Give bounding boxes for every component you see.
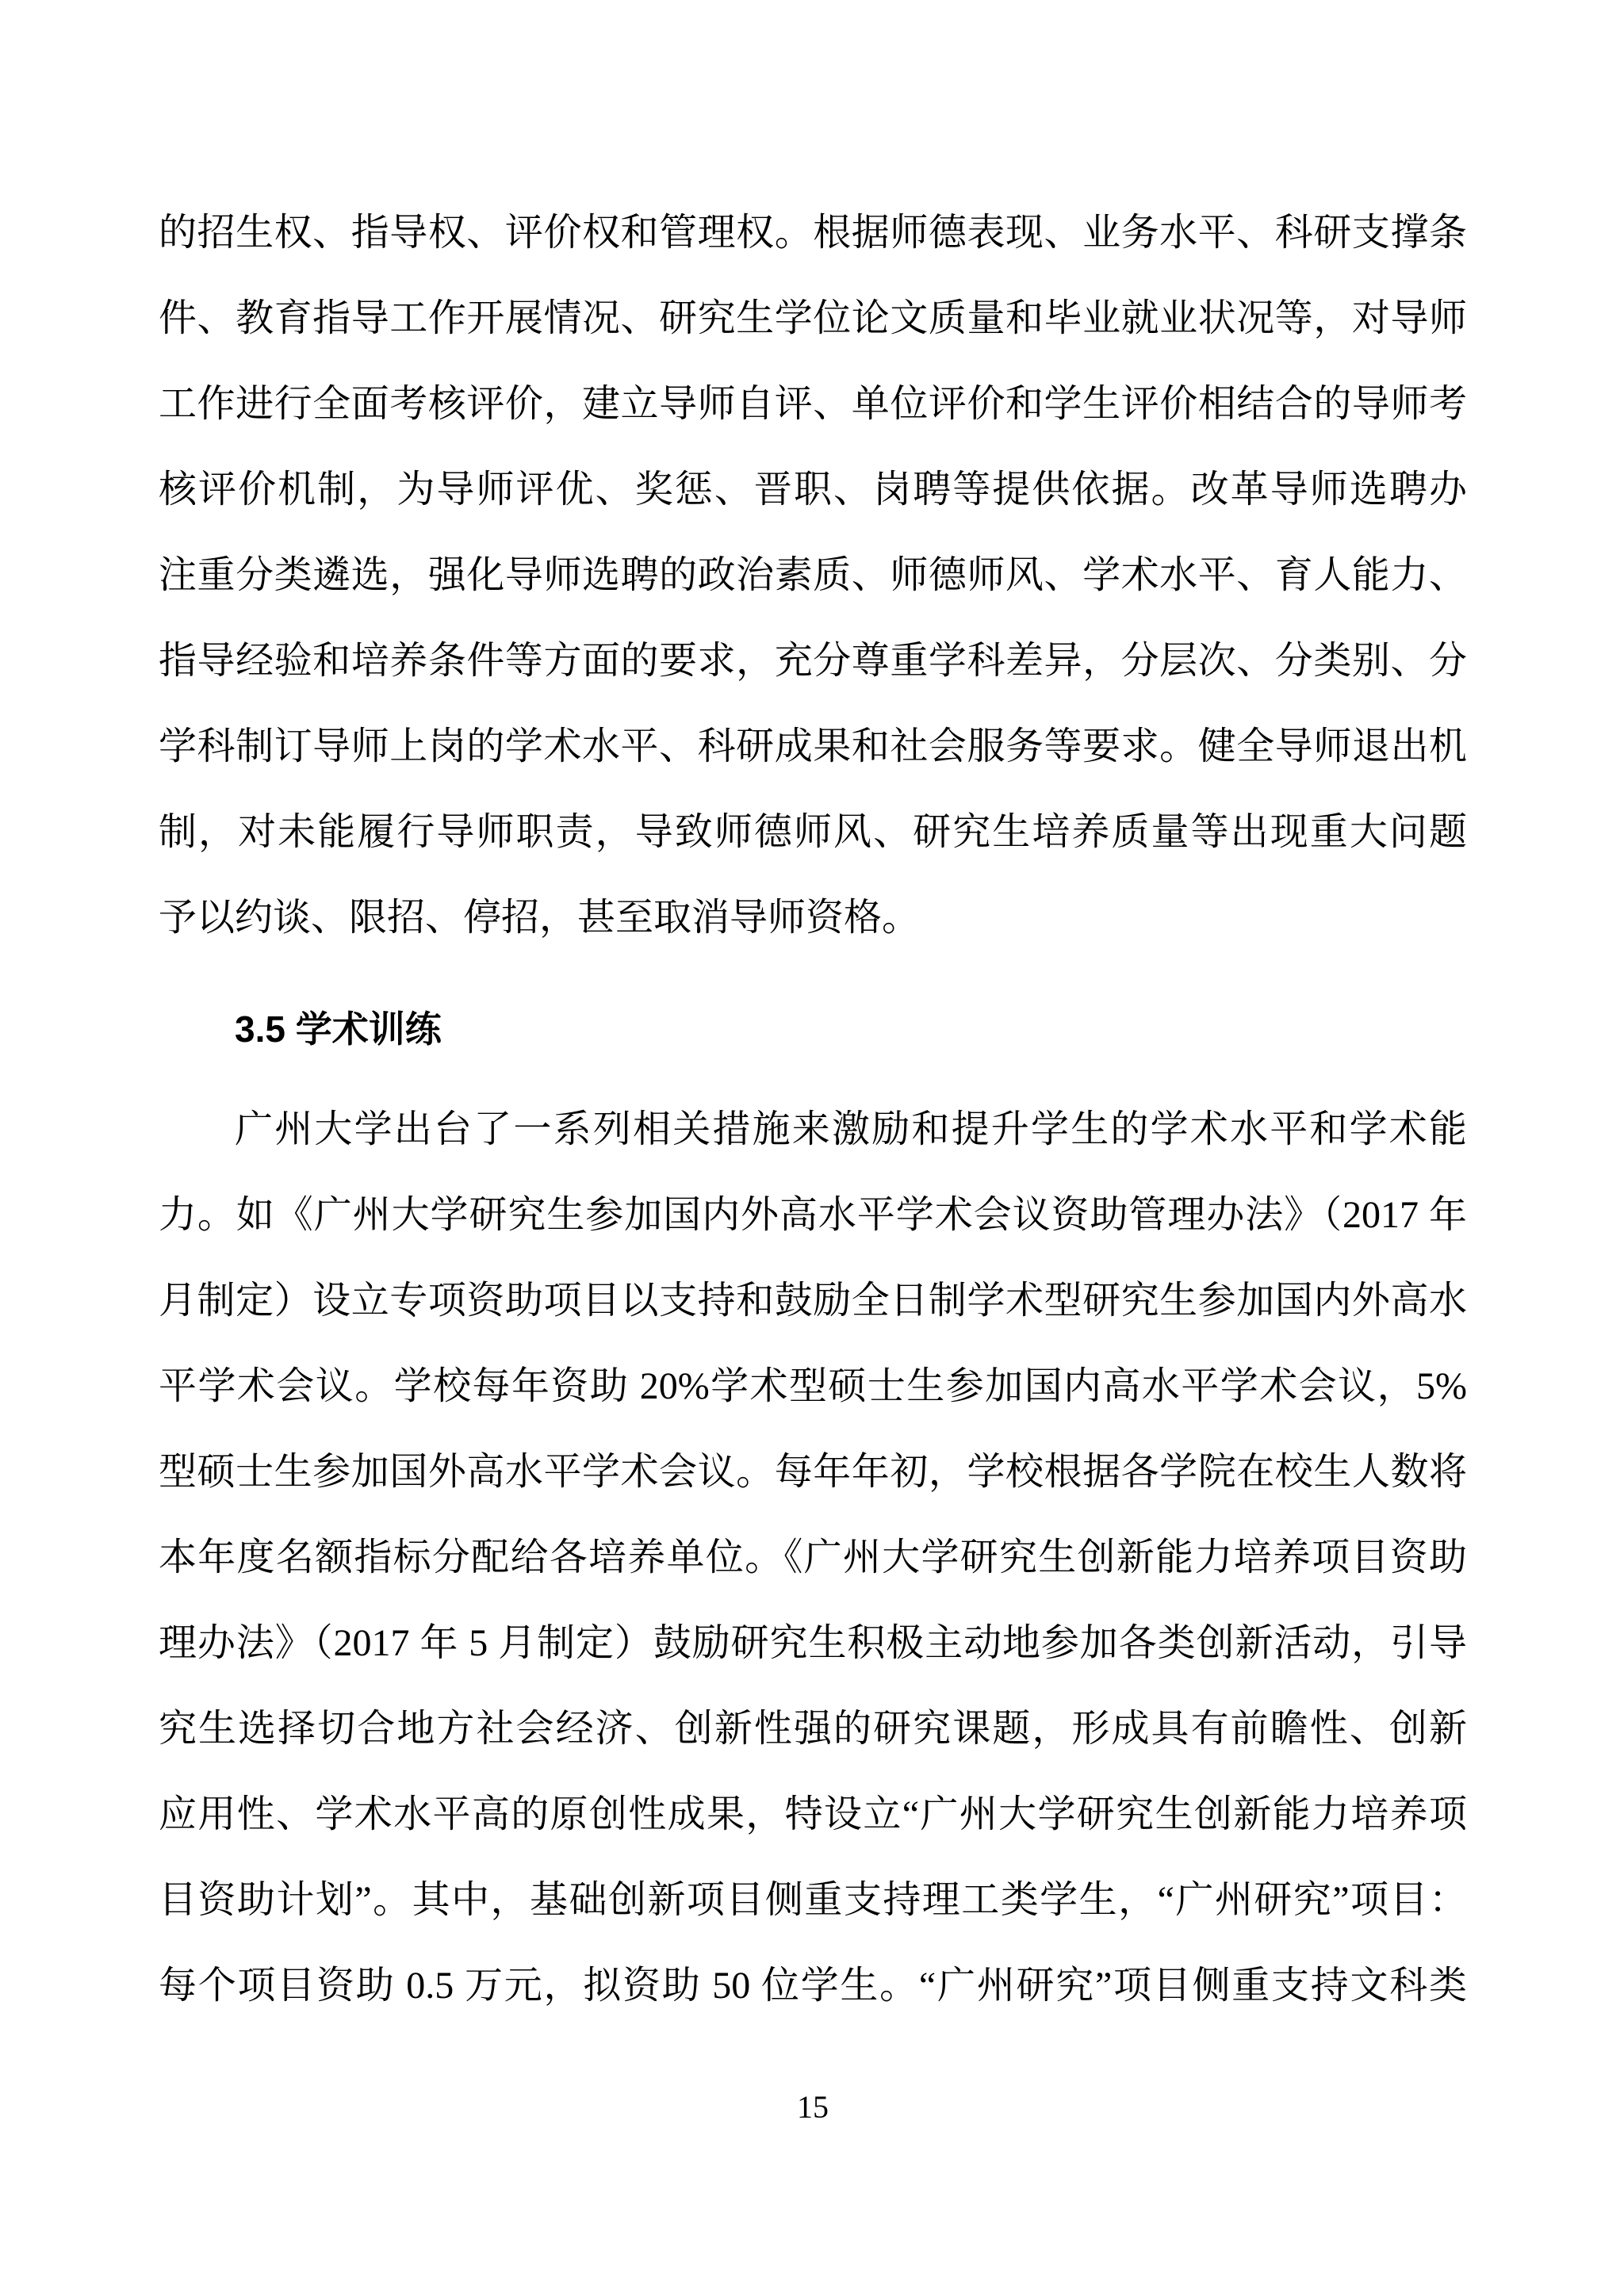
text-line: 工作进行全面考核评价，建立导师自评、单位评价和学生评价相结合的导师考 <box>159 362 1467 447</box>
section-heading: 3.5 学术训练 <box>159 986 1467 1072</box>
text-line: 每个项目资助 0.5 万元，拟资助 50 位学生。“广州研究”项目侧重支持文科类 <box>159 1943 1467 2029</box>
text-line: 应用性、学术水平高的原创性成果，特设立“广州大学研究生创新能力培养项 <box>159 1772 1467 1858</box>
text-line: 月制定）设立专项资助项目以支持和鼓励全日制学术型研究生参加国内外高水 <box>159 1258 1467 1344</box>
text-line: 力。如《广州大学研究生参加国内外高水平学术会议资助管理办法》（2017 年 5 <box>159 1173 1467 1258</box>
text-line: 型硕士生参加国外高水平学术会议。每年年初，学校根据各学院在校生人数将 <box>159 1429 1467 1515</box>
text-line: 平学术会议。学校每年资助 20%学术型硕士生参加国内高水平学术会议，5%学术 <box>159 1344 1467 1429</box>
text-line: 究生选择切合地方社会经济、创新性强的研究课题，形成具有前瞻性、创新性、 <box>159 1686 1467 1772</box>
text-line: 学科制订导师上岗的学术水平、科研成果和社会服务等要求。健全导师退出机 <box>159 704 1467 790</box>
text-line: 制，对未能履行导师职责，导致师德师风、研究生培养质量等出现重大问题的， <box>159 790 1467 875</box>
paragraph-2: 广州大学出台了一系列相关措施来激励和提升学生的学术水平和学术能 力。如《广州大学… <box>159 1087 1467 2029</box>
text-line: 予以约谈、限招、停招，甚至取消导师资格。 <box>159 875 1467 961</box>
text-line: 目资助计划”。其中，基础创新项目侧重支持理工类学生，“广州研究”项目： <box>159 1858 1467 1943</box>
text-line: 的招生权、指导权、评价权和管理权。根据师德表现、业务水平、科研支撑条 <box>159 190 1467 276</box>
text-line: 注重分类遴选，强化导师选聘的政治素质、师德师风、学术水平、育人能力、 <box>159 533 1467 618</box>
document-page: 的招生权、指导权、评价权和管理权。根据师德表现、业务水平、科研支撑条 件、教育指… <box>0 0 1624 2296</box>
text-line: 核评价机制，为导师评优、奖惩、晋职、岗聘等提供依据。改革导师选聘办法， <box>159 447 1467 533</box>
text-line: 本年度名额指标分配给各培养单位。《广州大学研究生创新能力培养项目资助管 <box>159 1515 1467 1601</box>
text-line: 件、教育指导工作开展情况、研究生学位论文质量和毕业就业状况等，对导师 <box>159 276 1467 362</box>
paragraph-1: 的招生权、指导权、评价权和管理权。根据师德表现、业务水平、科研支撑条 件、教育指… <box>159 190 1467 961</box>
text-line: 广州大学出台了一系列相关措施来激励和提升学生的学术水平和学术能 <box>159 1087 1467 1173</box>
text-line: 指导经验和培养条件等方面的要求，充分尊重学科差异，分层次、分类别、分 <box>159 618 1467 704</box>
page-number: 15 <box>159 2090 1467 2125</box>
text-line: 理办法》（2017 年 5 月制定）鼓励研究生积极主动地参加各类创新活动，引导研 <box>159 1601 1467 1686</box>
text-block: 的招生权、指导权、评价权和管理权。根据师德表现、业务水平、科研支撑条 件、教育指… <box>159 190 1467 2029</box>
